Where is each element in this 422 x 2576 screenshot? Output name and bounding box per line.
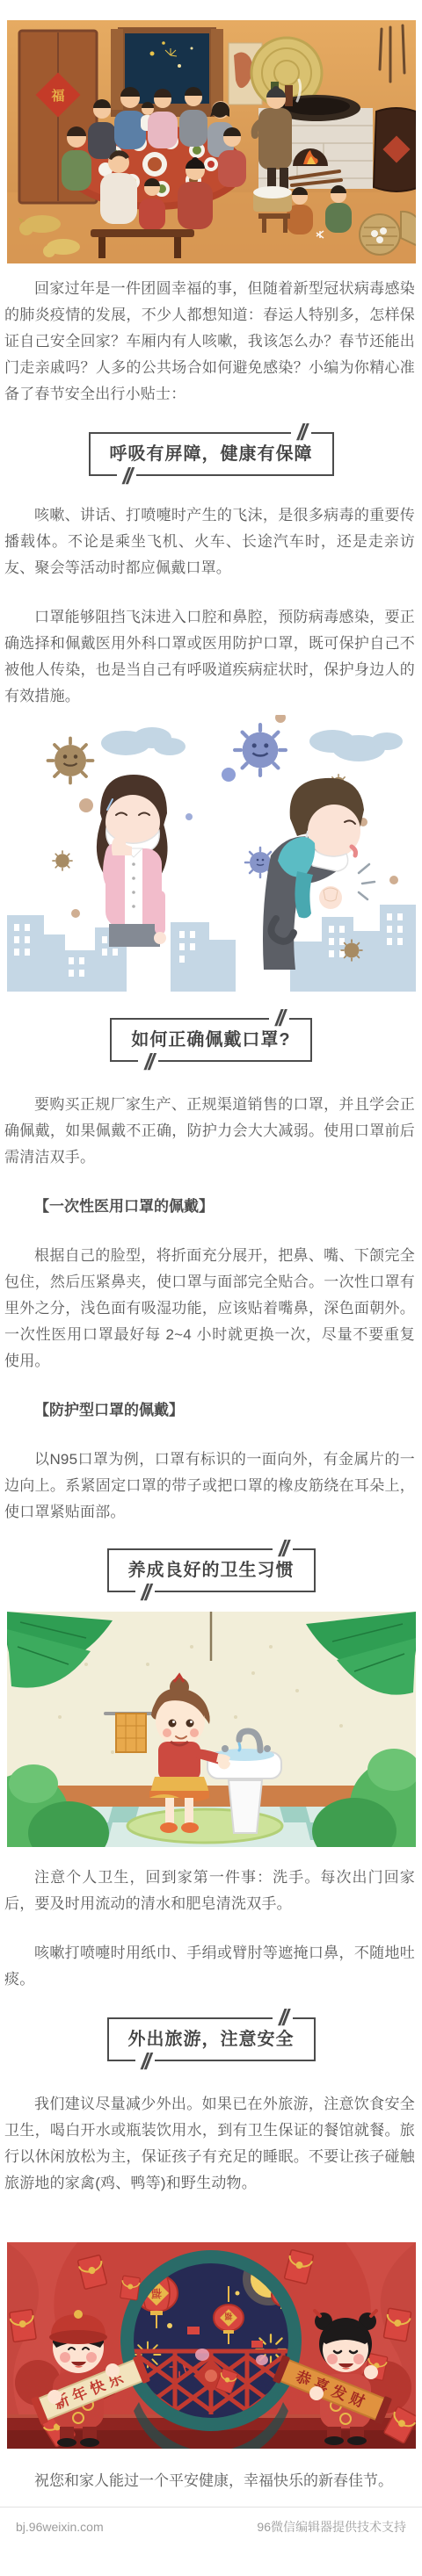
paragraph: 要购买正规厂家生产、正规渠道销售的口罩，并且学会正确佩戴，如果佩戴不正确，防护力… (4, 1092, 415, 1171)
slash-decoration: // (135, 1583, 155, 1602)
svg-text:福: 福 (50, 88, 64, 104)
paragraph: 咳嗽打喷嚏时用纸巾、手绢或臂肘等遮掩口鼻，不随地吐痰。 (4, 1940, 415, 1993)
section-title: 养成良好的卫生习惯 (128, 1560, 295, 1581)
section-title-box-3: // 养成良好的卫生习惯 // (107, 1548, 316, 1592)
article-page: 福 (0, 0, 422, 2544)
new-year-illustration: 福 福 (7, 2242, 416, 2449)
section-title-box-1: // 呼吸有屏障，健康有保障 // (89, 432, 334, 476)
family-dinner-svg: 福 (7, 20, 416, 263)
paragraph: 我们建议尽量减少外出。如果已在外旅游，注意饮食安全卫生，喝白开水或瓶装饮用水，到… (4, 2091, 415, 2197)
closing-paragraph: 祝您和家人能过一个平安健康，幸福快乐的新春佳节。 (4, 2468, 415, 2494)
intro-paragraph: 回家过年是一件团圆幸福的事，但随着新型冠状病毒感染的肺炎疫情的发展，不少人都想知… (4, 276, 415, 408)
slash-decoration: // (117, 466, 136, 486)
subsection-heading: 【一次性医用口罩的佩戴】 (4, 1194, 415, 1220)
slash-decoration: // (273, 2008, 292, 2027)
paragraph: 咳嗽、讲话、打喷嚏时产生的飞沫，是很多病毒的重要传播载体。不论是乘坐飞机、火车、… (4, 502, 415, 581)
slash-decoration: // (138, 1052, 157, 1072)
paragraph: 注意个人卫生，回到家第一件事：洗手。每次出门回家后，要及时用流动的清水和肥皂清洗… (4, 1865, 415, 1917)
svg-text:福: 福 (224, 2312, 232, 2321)
section-title-box-2: // 如何正确佩戴口罩? // (110, 1018, 311, 1062)
page-footer: bj.96weixin.com 96微信编辑器提供技术支持 (0, 2507, 422, 2544)
masked-people-illustration (7, 715, 416, 992)
masked-people-svg (7, 715, 416, 992)
section-title: 如何正确佩戴口罩? (131, 1029, 290, 1050)
slash-decoration: // (273, 1539, 292, 1558)
paragraph: 以N95口罩为例，口罩有标识的一面向外，有金属片的一边向上。系紧固定口罩的带子或… (4, 1447, 415, 1526)
section-title: 呼吸有屏障，健康有保障 (110, 444, 313, 465)
subsection-heading: 【防护型口罩的佩戴】 (4, 1397, 415, 1424)
footer-site-link[interactable]: bj.96weixin.com (16, 2520, 104, 2534)
barrel (374, 108, 416, 191)
new-year-svg: 福 福 (7, 2242, 416, 2449)
slash-decoration: // (291, 422, 310, 442)
hand-washing-svg (7, 1612, 416, 1847)
section-title: 外出旅游，注意安全 (128, 2029, 295, 2050)
slash-decoration: // (269, 1008, 288, 1028)
slash-decoration: // (135, 2052, 155, 2071)
paragraph: 口罩能够阻挡飞沫进入口腔和鼻腔，预防病毒感染，要正确选择和佩戴医用外科口罩或医用… (4, 604, 415, 710)
family-dinner-illustration: 福 (7, 20, 416, 263)
hand-washing-illustration (7, 1612, 416, 1847)
paragraph: 根据自己的脸型，将折面充分展开，把鼻、嘴、下颌完全包住，然后压紧鼻夹，使口罩与面… (4, 1243, 415, 1375)
footer-credit-link[interactable]: 96微信编辑器提供技术支持 (257, 2518, 406, 2536)
section-title-box-4: // 外出旅游，注意安全 // (107, 2017, 316, 2061)
